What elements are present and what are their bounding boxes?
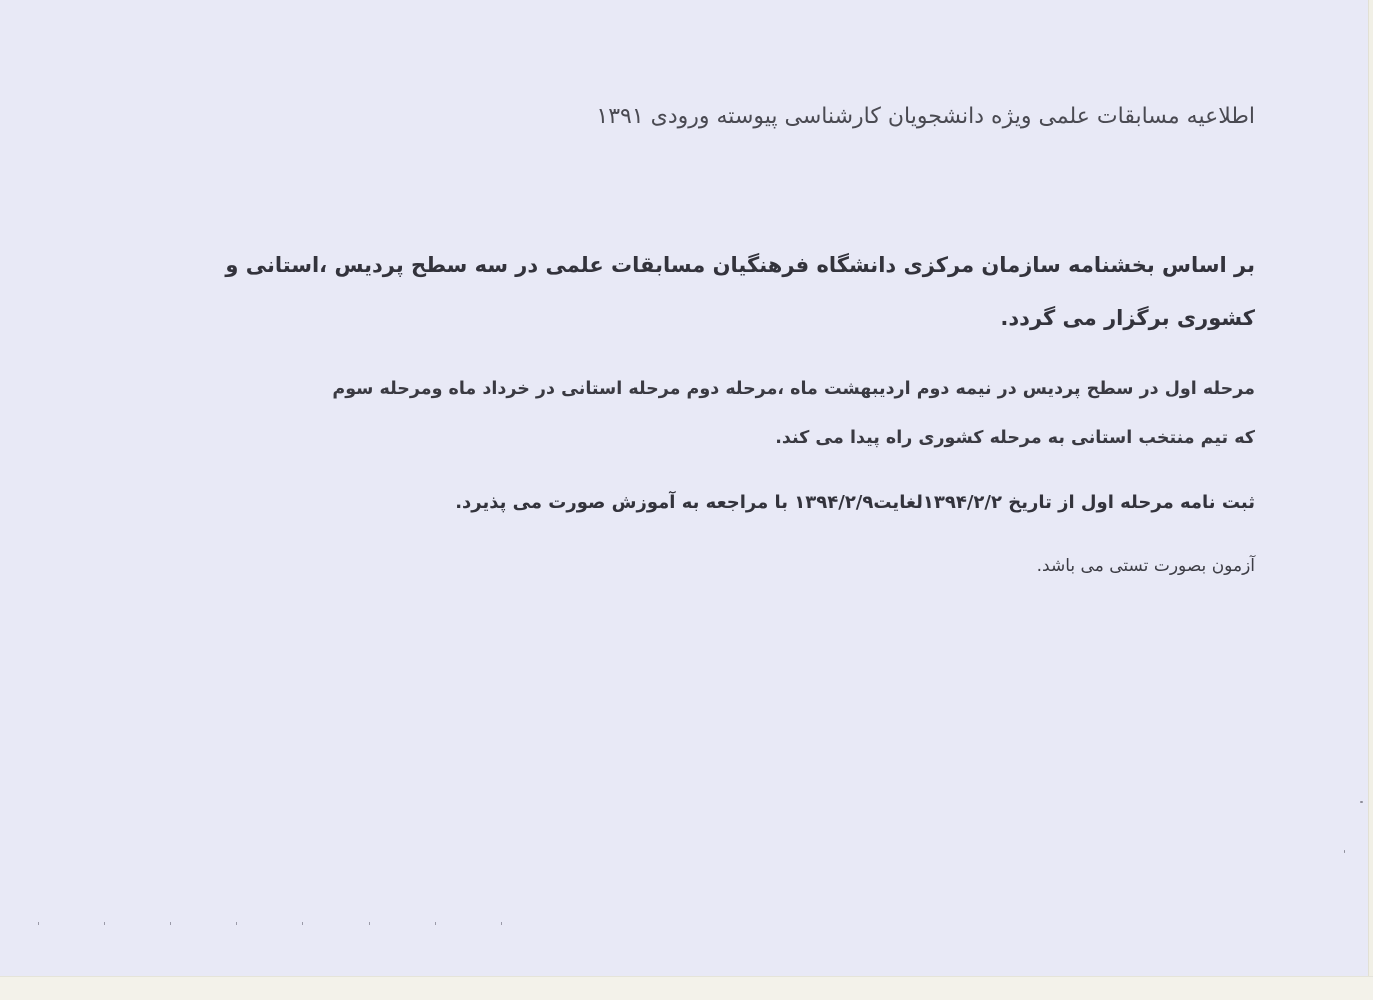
scan-artifact [104,922,105,925]
scan-artifact [302,922,303,925]
paragraph-line: ثبت نامه مرحله اول از تاریخ ۱۳۹۴/۲/۲لغای… [455,492,1255,513]
scanned-page: اطلاعیه مسابقات علمی ویژه دانشجویان کارش… [0,0,1368,976]
scan-artifact [1360,801,1363,803]
paragraph-line: آزمون بصورت تستی می باشد. [1037,556,1255,576]
paragraph-line: مرحله اول در سطح پردیس در نیمه دوم اردیب… [332,379,1255,399]
scan-artifact [369,922,370,925]
page-edge-bottom [0,976,1373,1000]
scan-artifact [1344,850,1345,853]
scan-artifact [170,922,171,925]
scan-artifact [435,922,436,925]
page-edge-right [1368,0,1373,1000]
paragraph-line: که تیم منتخب استانی به مرحله کشوری راه پ… [775,428,1255,448]
scan-artifact [38,922,39,925]
scan-artifact [236,922,237,925]
paragraph-line: بر اساس بخشنامه سازمان مرکزی دانشگاه فره… [225,253,1255,277]
scan-artifact [501,922,502,925]
document-title: اطلاعیه مسابقات علمی ویژه دانشجویان کارش… [596,104,1255,129]
paragraph-line: کشوری برگزار می گردد. [1000,306,1255,330]
